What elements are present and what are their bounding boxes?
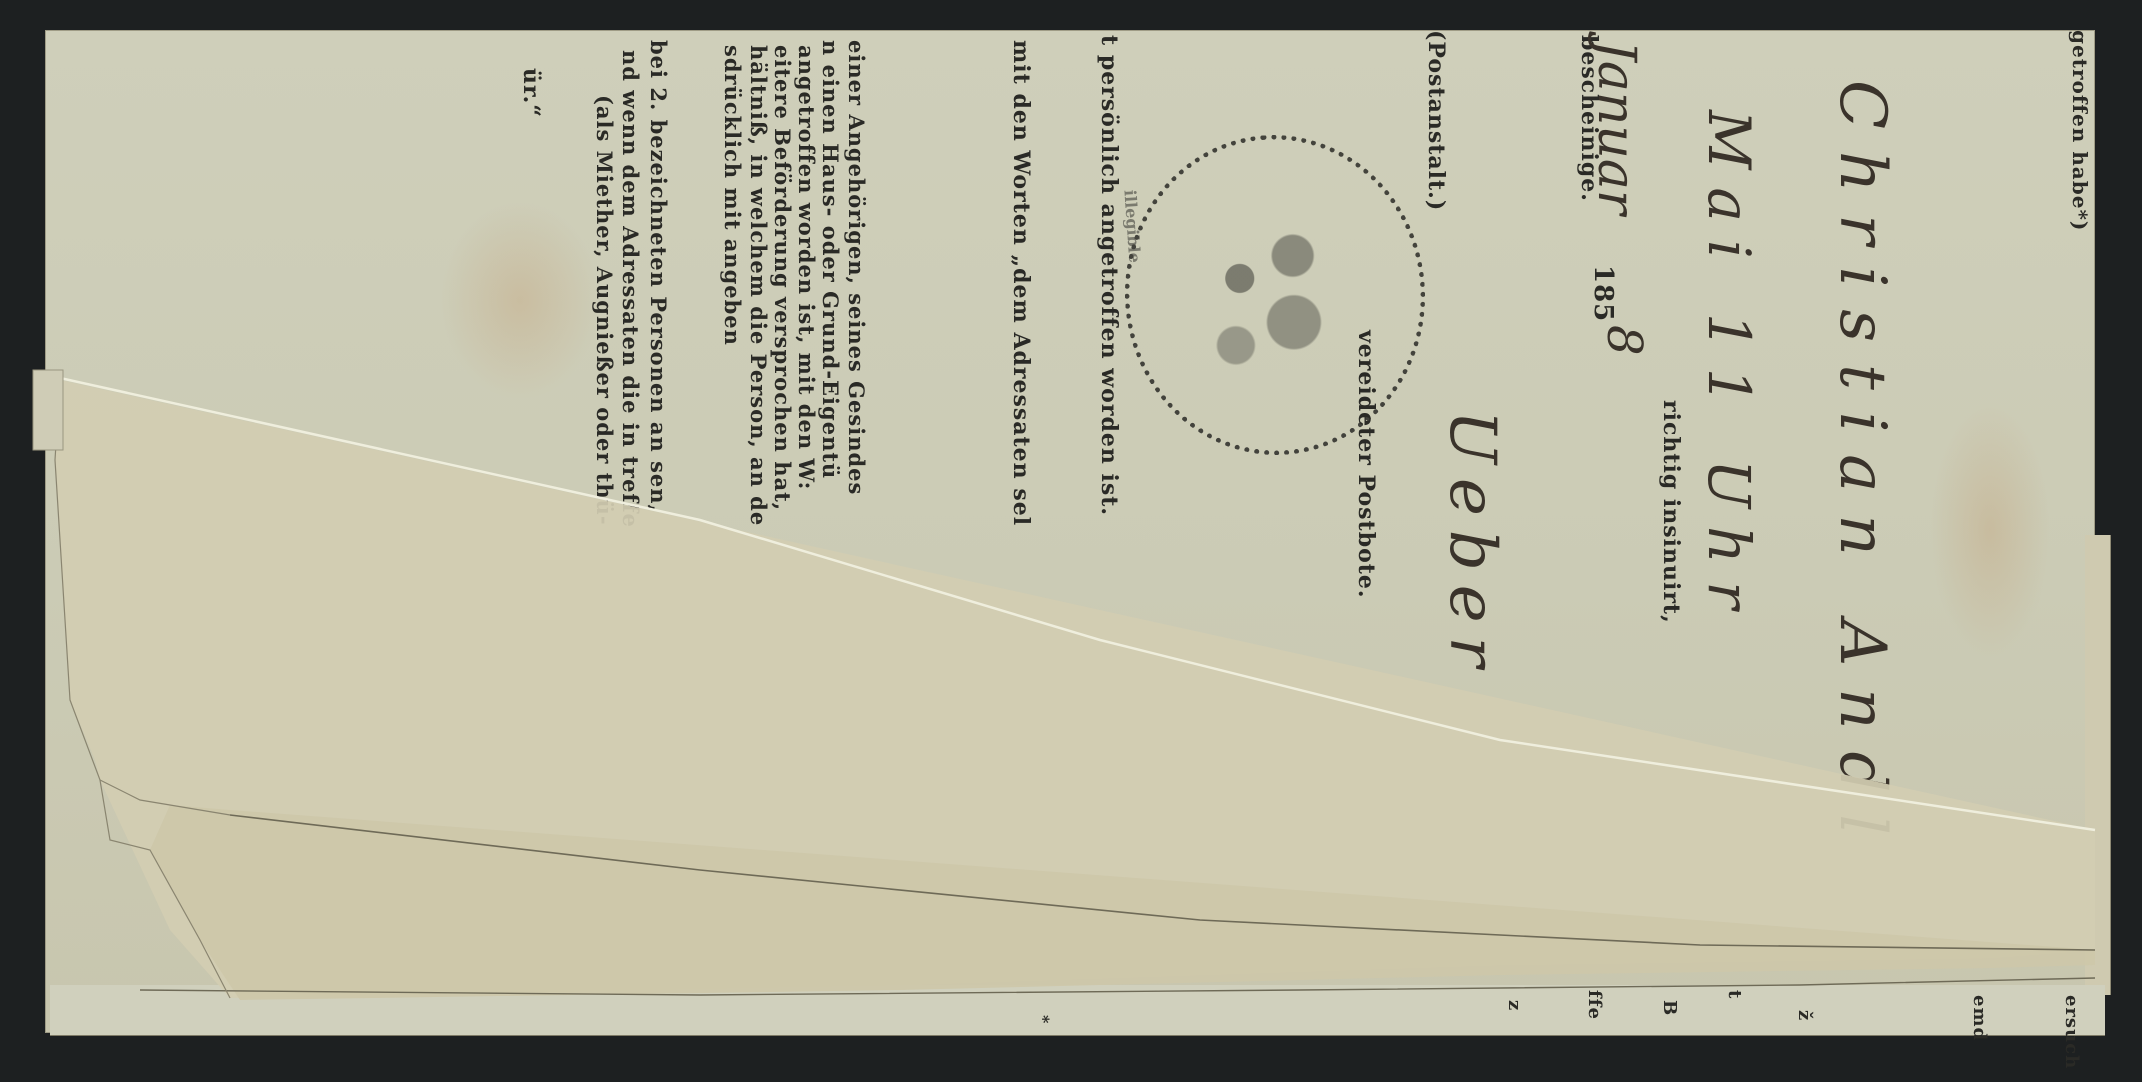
print-line-haus: n einen Haus- oder Grund-Eigentü xyxy=(820,40,841,479)
print-postanstalt: (Postanstalt.) xyxy=(1425,30,1447,211)
print-line-befoerderung: eitere Beförderung versprochen hat, xyxy=(772,45,793,511)
print-line-miether: (als Miether, Augnießer oder thü- xyxy=(594,95,615,526)
strip-text: t xyxy=(1725,990,1743,999)
print-year-185: 185 xyxy=(1590,265,1616,322)
print-line-bezeichneten: bei 2. bezeichneten Personen an sen, xyxy=(648,40,669,513)
sheet-edge-fold xyxy=(2085,535,2111,995)
hand-recipient-name: Christian Andl xyxy=(1830,80,1894,857)
paper-stain xyxy=(440,200,600,400)
strip-text: ffe xyxy=(1585,990,1603,1020)
document-sheet xyxy=(45,30,2095,1033)
strip-asterisk: * xyxy=(1035,1015,1051,1024)
strip-text: emd xyxy=(1970,995,1988,1041)
print-richtig-insinuirt: richtig insinuirt, xyxy=(1660,400,1682,624)
print-line-angetroffen: angetroffen worden ist, mit den W: xyxy=(796,45,817,490)
postmark-emblem-icon xyxy=(1184,194,1367,395)
print-top-edge: getroffen habe*) xyxy=(2070,30,2090,231)
hand-month-januar: Januar xyxy=(1590,40,1642,215)
hand-date-time: Mai 11 Uhr xyxy=(1700,110,1758,627)
print-line-uber: ür.“ xyxy=(520,68,542,118)
paper-stain xyxy=(1930,400,2050,660)
print-line-mit-den-worten: mit den Worten „dem Adressaten sel xyxy=(1010,40,1032,526)
print-line-persoenlich: t persönlich angetroffen worden ist. xyxy=(1098,35,1120,516)
strip-text: ersuch xyxy=(2062,995,2080,1069)
print-line-verhaeltniss: hältniß, in welchem die Person, an de xyxy=(748,45,769,526)
print-line-angehoerigen: einer Angehörigen, seines Gesindes xyxy=(846,40,867,495)
hand-year-suffix: 8 xyxy=(1600,325,1648,356)
print-line-ausdruecklich: sdrücklich mit angeben xyxy=(722,45,743,346)
hand-signature: Ueber xyxy=(1440,410,1504,681)
strip-text: B xyxy=(1660,1000,1678,1016)
print-line-adressaten: nd wenn dem Adressaten die in treffe xyxy=(620,50,641,528)
strip-text: ž xyxy=(1795,1010,1813,1021)
strip-text: z xyxy=(1505,1000,1523,1011)
